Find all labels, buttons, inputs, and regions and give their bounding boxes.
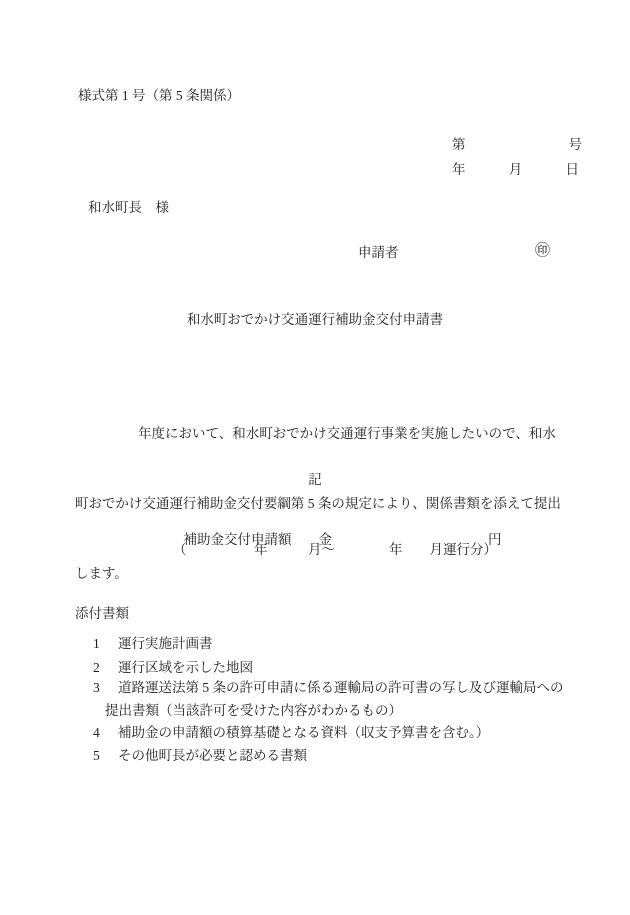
doc-number-prefix: 第 (452, 138, 466, 152)
item-text: 運行区域を示した地図 (118, 661, 253, 675)
body-line-2: 町おでかけ交通運行補助金交付要綱第 5 条の規定により、関係書類を添えて提出 (75, 492, 569, 515)
item-text: 補助金の申請額の積算基礎となる資料（収支予算書を含む。） (118, 726, 489, 740)
item-number: 5 (93, 749, 100, 763)
application-form-page: 様式第 1 号（第 5 条関係） 第 号 年 月 日 和水町長 様 申請者 ㊞ … (0, 0, 630, 915)
body-line-3: します。 (75, 562, 569, 585)
date-year-label: 年 (452, 163, 466, 177)
attachment-item-1: 1 運行実施計画書 (0, 637, 630, 657)
attachment-item-2: 2 運行区域を示した地図 (0, 661, 630, 681)
item-number: 4 (93, 726, 100, 740)
attachment-item-3-continuation: 提出書類（当該許可を受けた内容がわかるもの） (0, 704, 630, 724)
body-paragraph: 年度において、和水町おでかけ交通運行事業を実施したいので、和水 町おでかけ交通運… (75, 375, 569, 632)
ki-separator: 記 (0, 473, 630, 487)
date-day-label: 日 (566, 163, 580, 177)
date-line: 年 月 日 (452, 163, 579, 177)
item-number: 3 (93, 681, 100, 695)
doc-number-suffix: 号 (569, 138, 583, 152)
seal-icon: ㊞ (535, 244, 550, 259)
item-text: 運行実施計画書 (118, 637, 213, 651)
operation-period-line: （ 年 月～ 年 月運行分） (173, 543, 497, 557)
addressee-line: 和水町長 様 (88, 201, 169, 215)
document-number-line: 第 号 (452, 138, 582, 152)
item-text: その他町長が必要と認める書類 (118, 749, 307, 763)
item-number: 1 (93, 637, 100, 651)
attachment-item-4: 4 補助金の申請額の積算基礎となる資料（収支予算書を含む。） (0, 726, 630, 746)
item-text: 道路運送法第 5 条の許可申請に係る運輸局の許可書の写し及び運輸局への (118, 681, 564, 695)
item-text-continuation: 提出書類（当該許可を受けた内容がわかるもの） (105, 704, 402, 718)
attachment-item-3: 3 道路運送法第 5 条の許可申請に係る運輸局の許可書の写し及び運輸局への (0, 681, 630, 701)
attachment-item-5: 5 その他町長が必要と認める書類 (0, 749, 630, 769)
document-title: 和水町おでかけ交通運行補助金交付申請書 (0, 313, 630, 327)
applicant-label: 申請者 (358, 246, 399, 260)
date-month-label: 月 (509, 163, 523, 177)
attachments-heading: 添付書類 (75, 607, 129, 621)
body-line-1: 年度において、和水町おでかけ交通運行事業を実施したいので、和水 (75, 422, 569, 445)
item-number: 2 (93, 661, 100, 675)
form-style-number: 様式第 1 号（第 5 条関係） (78, 89, 240, 103)
